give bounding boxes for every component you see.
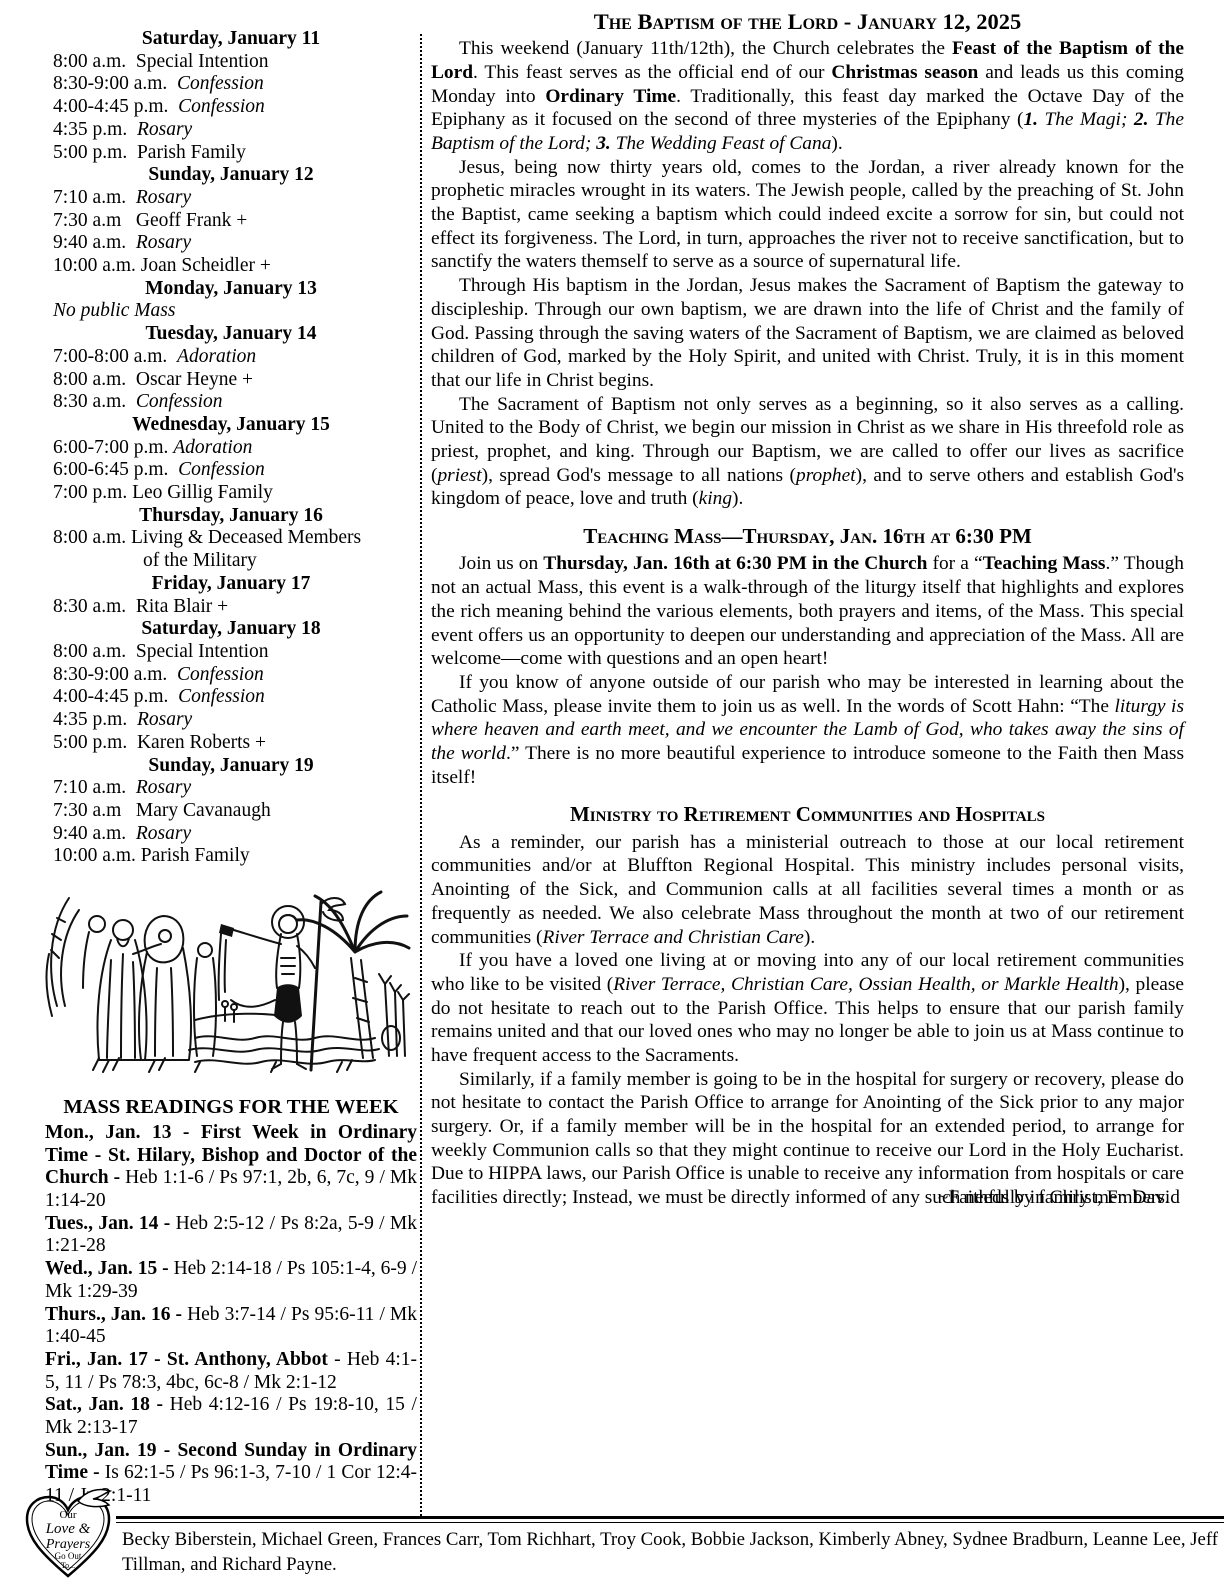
schedule-item: 4:00-4:45 p.m. Confession xyxy=(45,686,417,709)
schedule-item: 7:00-8:00 a.m. Adoration xyxy=(45,346,417,369)
schedule-item: 7:10 a.m. Rosary xyxy=(45,777,417,800)
schedule-day-header: Friday, January 17 xyxy=(45,573,417,596)
mass-readings: MASS READINGS FOR THE WEEK Mon., Jan. 13… xyxy=(45,1096,417,1508)
footer-rule-thin xyxy=(116,1522,1224,1523)
reading-entry: Fri., Jan. 17 - St. Anthony, Abbot - Heb… xyxy=(45,1349,417,1394)
schedule-item: 7:00 p.m. Leo Gillig Family xyxy=(45,482,417,505)
schedule-item: 5:00 p.m. Karen Roberts + xyxy=(45,732,417,755)
svg-text:To...: To... xyxy=(61,1561,75,1570)
reading-entry: Tues., Jan. 14 - Heb 2:5-12 / Ps 8:2a, 5… xyxy=(45,1213,417,1258)
schedule-item: 8:30-9:00 a.m. Confession xyxy=(45,664,417,687)
ministry-title: Ministry to Retirement Communities and H… xyxy=(431,802,1184,828)
schedule-item: No public Mass xyxy=(45,300,417,323)
teaching-mass-paragraph: If you know of anyone outside of our par… xyxy=(431,671,1184,789)
schedule-item: 10:00 a.m. Parish Family xyxy=(45,845,417,868)
reading-entry: Sat., Jan. 18 - Heb 4:12-16 / Ps 19:8-10… xyxy=(45,1394,417,1439)
schedule-item: 4:35 p.m. Rosary xyxy=(45,709,417,732)
schedule-item: 9:40 a.m. Rosary xyxy=(45,823,417,846)
ministry-paragraph: As a reminder, our parish has a minister… xyxy=(431,831,1184,949)
mass-schedule: Saturday, January 11 8:00 a.m. Special I… xyxy=(45,28,417,868)
mass-readings-title: MASS READINGS FOR THE WEEK xyxy=(45,1096,417,1120)
ministry-paragraph: If you have a loved one living at or mov… xyxy=(431,949,1184,1067)
schedule-item: 8:30 a.m. Rita Blair + xyxy=(45,596,417,619)
baptism-woodcut-svg xyxy=(45,888,413,1080)
schedule-item: 10:00 a.m. Joan Scheidler + xyxy=(45,255,417,278)
schedule-day-header: Monday, January 13 xyxy=(45,278,417,301)
footer-rule-thick xyxy=(116,1516,1224,1519)
column-divider xyxy=(420,34,422,1516)
schedule-item: 5:00 p.m. Parish Family xyxy=(45,142,417,165)
dove-icon xyxy=(78,1489,110,1506)
schedule-item: 9:40 a.m. Rosary xyxy=(45,232,417,255)
schedule-item: 7:30 a.m Geoff Frank + xyxy=(45,210,417,233)
svg-text:Prayers: Prayers xyxy=(45,1537,91,1552)
schedule-item: 8:00 a.m. Special Intention xyxy=(45,641,417,664)
schedule-item: 8:00 a.m. Living & Deceased Members xyxy=(45,527,417,550)
article-title: The Baptism of the Lord - January 12, 20… xyxy=(431,8,1184,35)
svg-text:Love &: Love & xyxy=(45,1521,91,1537)
love-and-prayers-logo: Our Love & Prayers Go Out To... xyxy=(20,1488,116,1582)
schedule-item: 7:30 a.m Mary Cavanaugh xyxy=(45,800,417,823)
schedule-item-continuation: of the Military xyxy=(45,550,417,573)
svg-text:Our: Our xyxy=(59,1509,76,1521)
article-paragraph: This weekend (January 11th/12th), the Ch… xyxy=(431,37,1184,155)
schedule-item: 8:00 a.m. Special Intention xyxy=(45,51,417,74)
reading-entry: Thurs., Jan. 16 - Heb 3:7-14 / Ps 95:6-1… xyxy=(45,1304,417,1349)
schedule-day-header: Saturday, January 11 xyxy=(45,28,417,51)
article-paragraph: The Sacrament of Baptism not only serves… xyxy=(431,393,1184,511)
schedule-day-header: Wednesday, January 15 xyxy=(45,414,417,437)
left-column: Saturday, January 11 8:00 a.m. Special I… xyxy=(45,28,417,1508)
teaching-mass-title: Teaching Mass—Thursday, Jan. 16th at 6:3… xyxy=(431,524,1184,550)
article-paragraph: Jesus, being now thirty years old, comes… xyxy=(431,156,1184,274)
right-column: The Baptism of the Lord - January 12, 20… xyxy=(431,8,1184,1209)
heart-logo-svg: Our Love & Prayers Go Out To... xyxy=(20,1488,116,1582)
schedule-item: 6:00-6:45 p.m. Confession xyxy=(45,459,417,482)
teaching-mass-paragraph: Join us on Thursday, Jan. 16th at 6:30 P… xyxy=(431,552,1184,670)
schedule-item: 7:10 a.m. Rosary xyxy=(45,187,417,210)
schedule-day-header: Saturday, January 18 xyxy=(45,618,417,641)
schedule-item: 4:00-4:45 p.m. Confession xyxy=(45,96,417,119)
article-paragraph: Through His baptism in the Jordan, Jesus… xyxy=(431,274,1184,392)
svg-text:Go Out: Go Out xyxy=(55,1551,82,1561)
reading-entry: Wed., Jan. 15 - Heb 2:14-18 / Ps 105:1-4… xyxy=(45,1258,417,1303)
reading-entry: Mon., Jan. 13 - First Week in Ordinary T… xyxy=(45,1122,417,1213)
schedule-day-header: Sunday, January 19 xyxy=(45,755,417,778)
schedule-day-header: Sunday, January 12 xyxy=(45,164,417,187)
prayer-list: Becky Biberstein, Michael Green, Frances… xyxy=(122,1527,1222,1578)
schedule-item: 8:00 a.m. Oscar Heyne + xyxy=(45,369,417,392)
schedule-item: 8:30-9:00 a.m. Confession xyxy=(45,73,417,96)
baptism-woodcut-illustration xyxy=(45,888,413,1080)
schedule-item: 6:00-7:00 p.m. Adoration xyxy=(45,437,417,460)
schedule-item: 8:30 a.m. Confession xyxy=(45,391,417,414)
schedule-item: 4:35 p.m. Rosary xyxy=(45,119,417,142)
schedule-day-header: Thursday, January 16 xyxy=(45,505,417,528)
schedule-day-header: Tuesday, January 14 xyxy=(45,323,417,346)
